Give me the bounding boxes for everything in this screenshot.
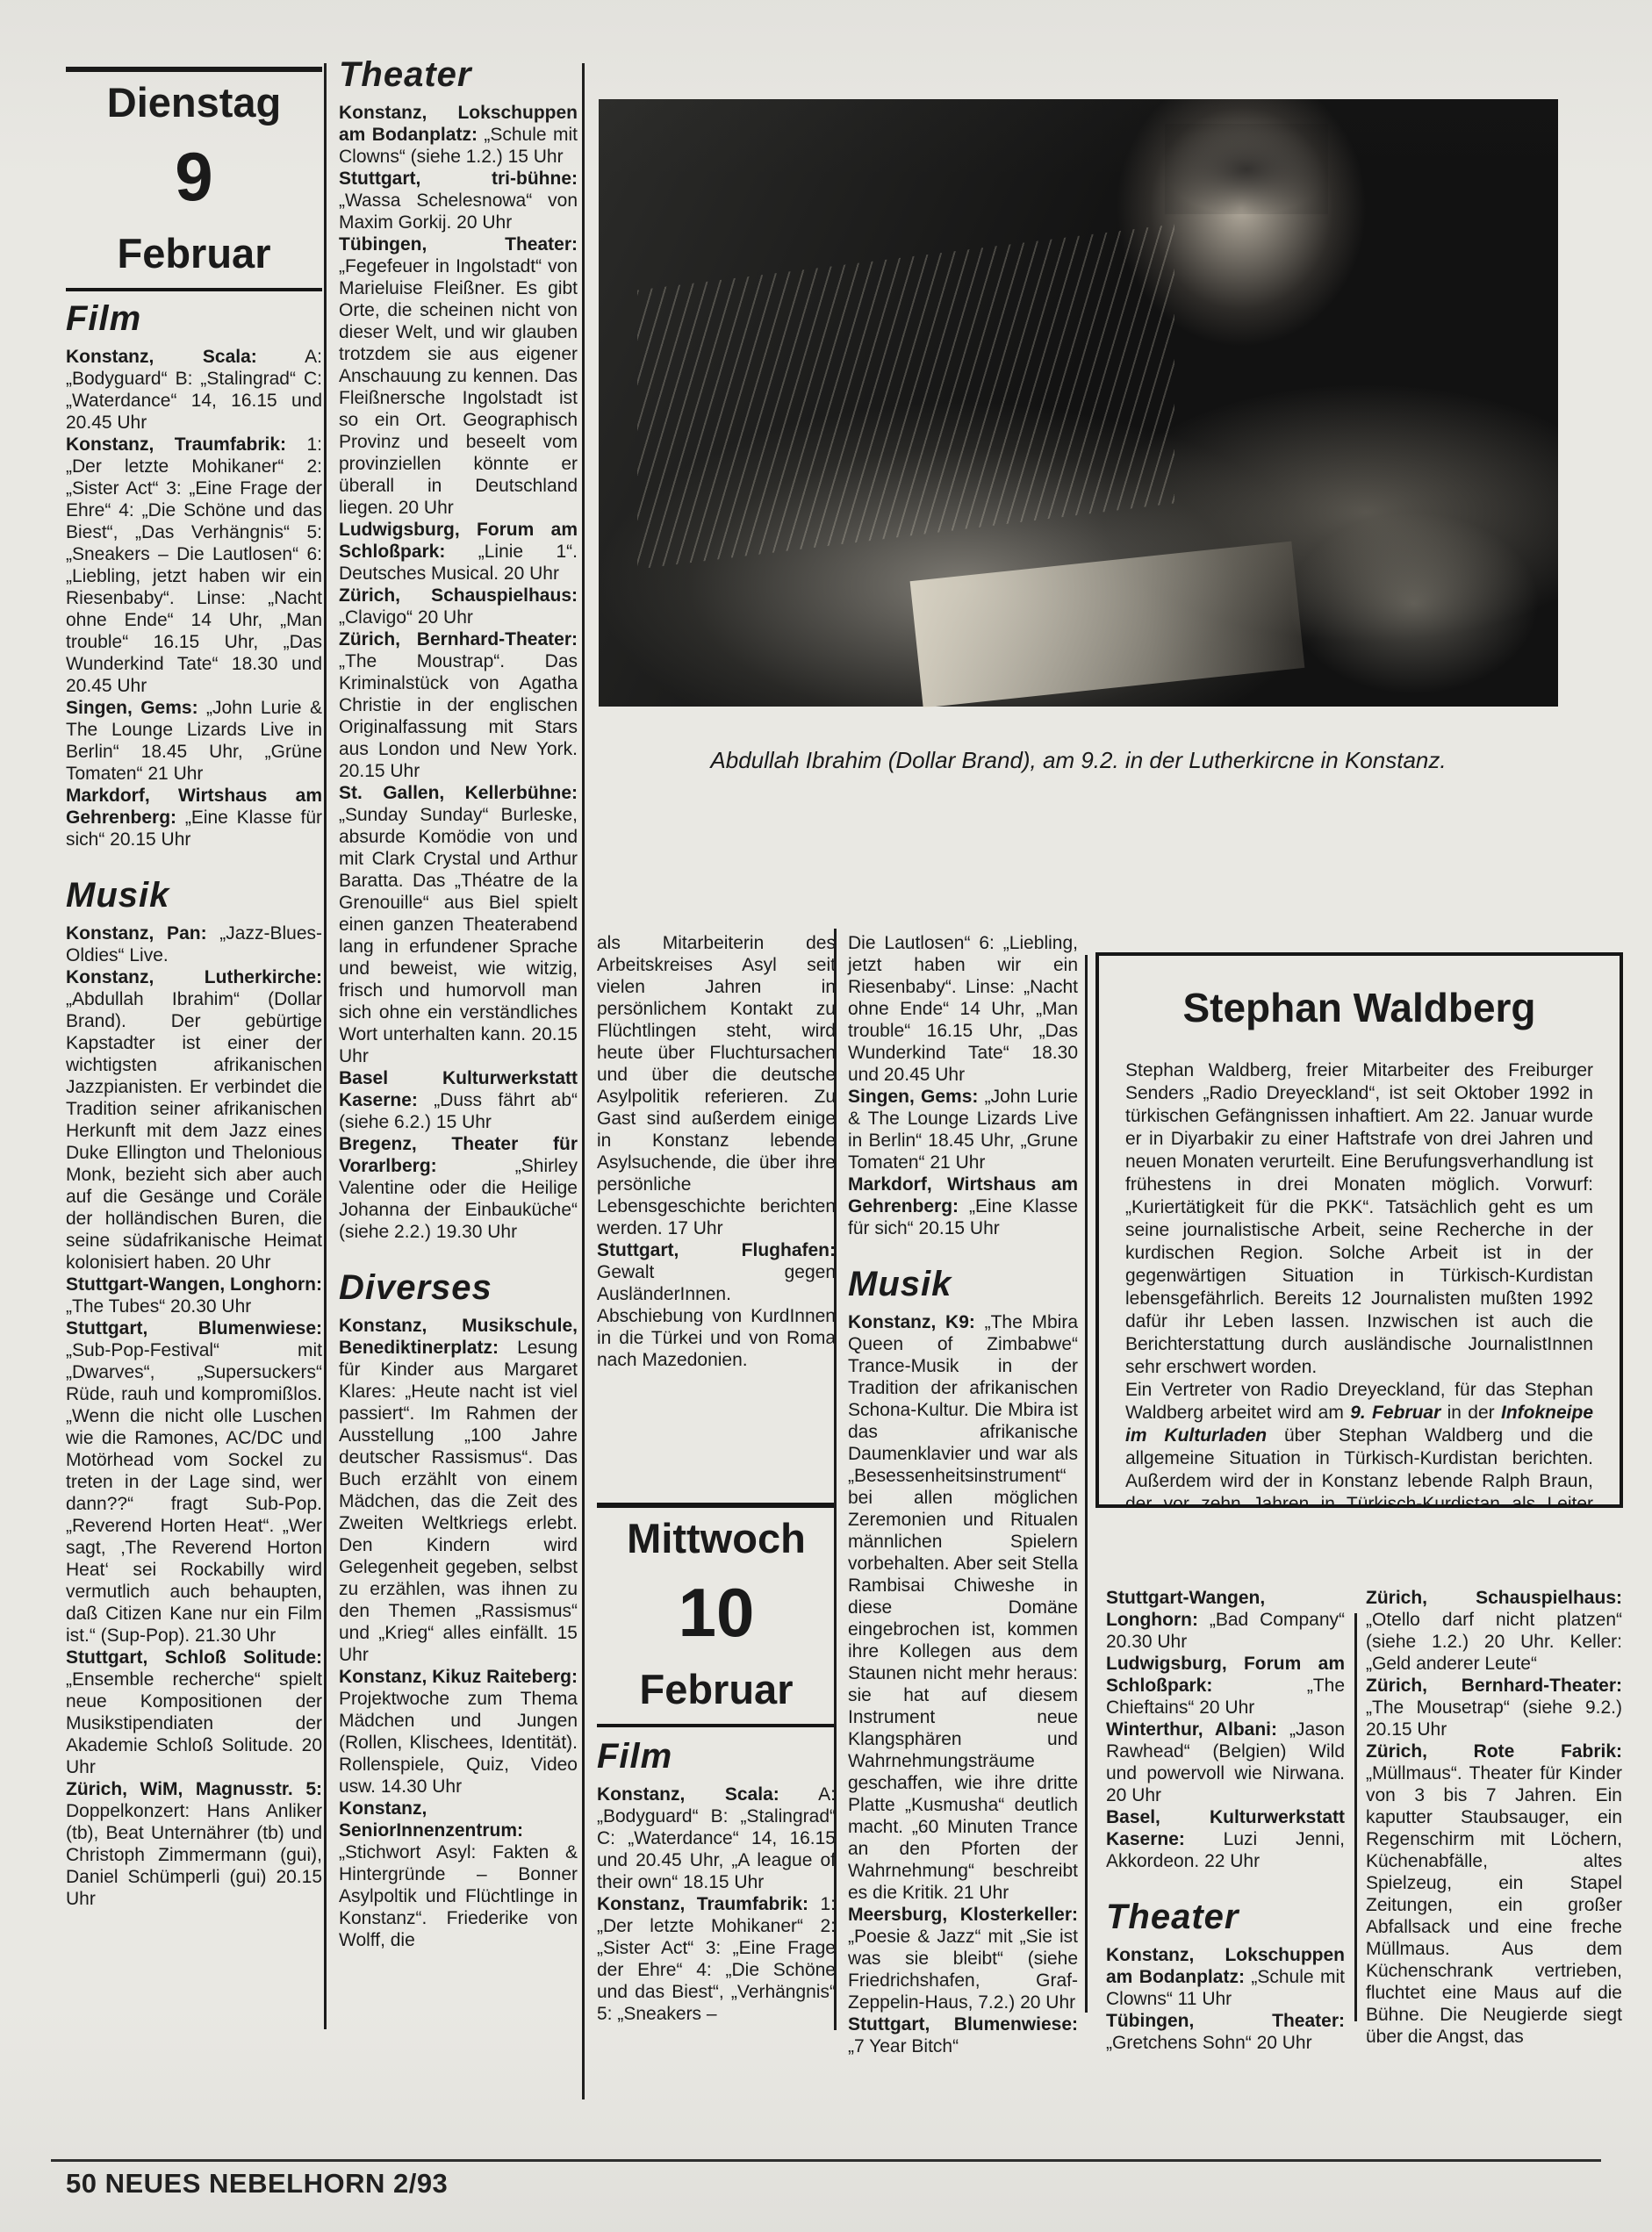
listing-entry: Stuttgart, Flughafen: Gewalt gegen Auslä… bbox=[597, 1239, 836, 1371]
listing-entry: Stuttgart, Schloß Solitude: „Ensemble re… bbox=[66, 1647, 322, 1778]
listing-entry: Zürich, WiM, Magnusstr. 5: Doppelkonzert… bbox=[66, 1778, 322, 1910]
performer-cap-shadow bbox=[1165, 124, 1328, 215]
section-heading: Theater bbox=[1106, 1897, 1345, 1937]
listing-entry: Konstanz, Traumfabrik: 1: „Der letzte Mo… bbox=[597, 1893, 836, 2025]
column-divider bbox=[324, 63, 327, 2029]
venue-lead: Konstanz, Lutherkirche: bbox=[66, 967, 322, 987]
listing-entry: Stuttgart, Blumenwiese: „7 Year Bitch“ bbox=[848, 2013, 1078, 2057]
venue-lead: Konstanz, Lokschuppen am Bodanplatz: bbox=[339, 103, 578, 145]
venue-lead: Winterthur, Albani: bbox=[1106, 1719, 1277, 1740]
month-label: Februar bbox=[66, 230, 322, 277]
column-divider bbox=[1354, 1613, 1357, 2021]
listing-entry: Zürich, Schauspielhaus: „Otello darf nic… bbox=[1366, 1587, 1622, 1675]
waldberg-paragraph: Ein Vertreter von Radio Dreyeckland, für… bbox=[1125, 1379, 1593, 1508]
listing-entry: als Mitarbeiterin des Arbeitskreises Asy… bbox=[597, 932, 836, 1239]
photo-caption: Abdullah Ibrahim (Dollar Brand), am 9.2.… bbox=[599, 747, 1558, 774]
venue-lead: Konstanz, Traumfabrik: bbox=[66, 434, 286, 455]
listing-entry: Meersburg, Klosterkeller: „Poesie & Jazz… bbox=[848, 1904, 1078, 2013]
listing-entry: Ludwigsburg, Forum am Schloßpark: „The C… bbox=[1106, 1653, 1345, 1719]
listing-entry: Konstanz, Lutherkirche: „Abdullah Ibrahi… bbox=[66, 966, 322, 1274]
listing-entry: Konstanz, Lokschuppen am Bodanplatz: „Sc… bbox=[1106, 1944, 1345, 2010]
venue-lead: Konstanz, Scala: bbox=[66, 347, 257, 367]
listing-entry: Stuttgart, tri-bühne: „Wassa Schelesnowa… bbox=[339, 168, 578, 233]
footer-rule bbox=[51, 2159, 1601, 2162]
listing-entry: Markdorf, Wirtshaus am Gehrenberg: „Eine… bbox=[848, 1173, 1078, 1239]
venue-lead: Basel, Kulturwerkstatt Kaserne: bbox=[1106, 1807, 1345, 1849]
venue-lead: Zürich, Rote Fabrik: bbox=[1366, 1741, 1622, 1762]
venue-lead: Singen, Gems: bbox=[66, 698, 198, 718]
month-label: Februar bbox=[597, 1666, 836, 1713]
listing-entry: Winterthur, Albani: „Jason Rawhead“ (Bel… bbox=[1106, 1719, 1345, 1806]
listing-entry: Konstanz, Scala: A: „Bodyguard“ B: „Stal… bbox=[66, 346, 322, 434]
column-wednesday-musik: Die Lautlosen“ 6: „Liebling, jetzt haben… bbox=[848, 932, 1078, 2057]
day-number: 9 bbox=[66, 140, 322, 212]
piano-keys-highlight bbox=[909, 541, 1304, 707]
day-number: 10 bbox=[597, 1576, 836, 1648]
column-middle-top: als Mitarbeiterin des Arbeitskreises Asy… bbox=[597, 932, 836, 1371]
venue-lead: Basel Kulturwerkstatt Kaserne: bbox=[339, 1068, 578, 1110]
column-middle: als Mitarbeiterin des Arbeitskreises Asy… bbox=[597, 932, 836, 2025]
page-footer: 50 NEUES NEBELHORN 2/93 bbox=[66, 2168, 448, 2200]
listing-entry: Tübingen, Theater: „Fegefeuer in Ingolst… bbox=[339, 233, 578, 519]
venue-lead: Stuttgart-Wangen, Longhorn: bbox=[66, 1274, 322, 1295]
concert-photo bbox=[599, 99, 1558, 707]
venue-lead: Tübingen, Theater: bbox=[339, 234, 578, 255]
listing-entry: Basel Kulturwerkstatt Kaserne: „Duss fäh… bbox=[339, 1067, 578, 1133]
listing-entry: Basel, Kulturwerkstatt Kaserne: Luzi Jen… bbox=[1106, 1806, 1345, 1872]
venue-lead: Zürich, WiM, Magnusstr. 5: bbox=[66, 1779, 322, 1799]
weekday-label: Dienstag bbox=[66, 79, 322, 126]
waldberg-title: Stephan Waldberg bbox=[1125, 984, 1593, 1031]
piano-strings-highlight bbox=[637, 224, 1174, 569]
listing-entry: Konstanz, K9: „The Mbira Queen of Zimbab… bbox=[848, 1311, 1078, 1904]
section-heading: Theater bbox=[339, 54, 578, 95]
venue-lead: Ludwigsburg, Forum am Schloßpark: bbox=[339, 520, 578, 562]
venue-lead: Konstanz, Pan: bbox=[66, 923, 207, 944]
listing-entry: Die Lautlosen“ 6: „Liebling, jetzt haben… bbox=[848, 932, 1078, 1086]
venue-lead: Meersburg, Klosterkeller: bbox=[848, 1905, 1078, 1925]
venue-lead: Bregenz, Theater für Vorarlberg: bbox=[339, 1134, 578, 1176]
venue-lead: Konstanz, K9: bbox=[848, 1312, 975, 1332]
venue-lead: Stuttgart, tri-bühne: bbox=[339, 169, 578, 189]
venue-lead: Konstanz, Musikschule, Benediktinerplatz… bbox=[339, 1316, 578, 1358]
weekday-label: Mittwoch bbox=[597, 1515, 836, 1562]
venue-lead: Konstanz, Traumfabrik: bbox=[597, 1894, 808, 1914]
listing-entry: St. Gallen, Kellerbühne: „Sunday Sunday“… bbox=[339, 782, 578, 1067]
venue-lead: Stuttgart, Blumenwiese: bbox=[848, 2014, 1078, 2035]
column-wednesday-continued: Stuttgart-Wangen, Longhorn: „Bad Company… bbox=[1106, 1587, 1345, 2054]
section-heading: Diverses bbox=[339, 1267, 578, 1308]
listing-entry: Singen, Gems: „John Lurie & The Lounge L… bbox=[848, 1086, 1078, 1173]
column-wednesday-theater: Zürich, Schauspielhaus: „Otello darf nic… bbox=[1366, 1587, 1622, 2048]
venue-lead: Singen, Gems: bbox=[848, 1087, 978, 1107]
listing-entry: Konstanz, Pan: „Jazz-Blues-Oldies“ Live. bbox=[66, 922, 322, 966]
venue-lead: Ludwigsburg, Forum am Schloßpark: bbox=[1106, 1654, 1345, 1696]
section-heading: Film bbox=[597, 1736, 836, 1776]
listing-entry: Konstanz, Traumfabrik: 1: „Der letzte Mo… bbox=[66, 434, 322, 697]
listing-entry: Stuttgart-Wangen, Longhorn: „The Tubes“ … bbox=[66, 1274, 322, 1317]
venue-lead: Konstanz, Kikuz Raiteberg: bbox=[339, 1667, 578, 1687]
column-middle-film: FilmKonstanz, Scala: A: „Bodyguard“ B: „… bbox=[597, 1736, 836, 2025]
column-divider bbox=[834, 929, 837, 2030]
column-tuesday: Dienstag 9 Februar FilmKonstanz, Scala: … bbox=[66, 67, 322, 1910]
listing-entry: Konstanz, Lokschuppen am Bodanplatz: „Sc… bbox=[339, 102, 578, 168]
venue-lead: Stuttgart, Blumenwiese: bbox=[66, 1318, 322, 1338]
listing-entry: Stuttgart, Blumenwiese: „Sub-Pop-Festiva… bbox=[66, 1317, 322, 1647]
venue-lead: Zürich, Bernhard-Theater: bbox=[339, 629, 578, 650]
section-heading: Musik bbox=[848, 1264, 1078, 1304]
waldberg-paragraph: Stephan Waldberg, freier Mitarbeiter des… bbox=[1125, 1059, 1593, 1379]
emphasized-text: 9. Februar bbox=[1350, 1403, 1440, 1423]
venue-lead: Konstanz, SeniorInnenzentrum: bbox=[339, 1798, 523, 1841]
listing-entry: Zürich, Rote Fabrik: „Müllmaus“. Theater… bbox=[1366, 1740, 1622, 2048]
day-header-wednesday: Mittwoch 10 Februar bbox=[597, 1503, 836, 1727]
listing-entry: Tübingen, Theater: „Gretchens Sohn“ 20 U… bbox=[1106, 2010, 1345, 2054]
venue-lead: Stuttgart, Flughafen: bbox=[597, 1240, 836, 1260]
listing-entry: Singen, Gems: „John Lurie & The Lounge L… bbox=[66, 697, 322, 785]
venue-lead: Zürich, Schauspielhaus: bbox=[1366, 1588, 1622, 1608]
listing-entry: Zürich, Bernhard-Theater: „The Moustrap“… bbox=[339, 628, 578, 782]
column-tuesday-listings: FilmKonstanz, Scala: A: „Bodyguard“ B: „… bbox=[66, 298, 322, 1910]
column-theater-diverses: TheaterKonstanz, Lokschuppen am Bodanpla… bbox=[339, 54, 578, 1951]
venue-lead: Markdorf, Wirtshaus am Gehrenberg: bbox=[66, 786, 322, 828]
venue-lead: Stuttgart-Wangen, Longhorn: bbox=[1106, 1588, 1265, 1630]
waldberg-box: Stephan Waldberg Stephan Waldberg, freie… bbox=[1095, 952, 1623, 1508]
listing-entry: Zürich, Bernhard-Theater: „The Mousetrap… bbox=[1366, 1675, 1622, 1740]
listing-entry: Konstanz, Musikschule, Benediktinerplatz… bbox=[339, 1315, 578, 1666]
venue-lead: Zürich, Bernhard-Theater: bbox=[1366, 1676, 1622, 1696]
listing-entry: Stuttgart-Wangen, Longhorn: „Bad Company… bbox=[1106, 1587, 1345, 1653]
column-divider bbox=[1085, 955, 1088, 2013]
venue-lead: Zürich, Schauspielhaus: bbox=[339, 585, 578, 606]
venue-lead: Tübingen, Theater: bbox=[1106, 2011, 1345, 2031]
section-heading: Musik bbox=[66, 875, 322, 915]
column-divider bbox=[582, 63, 585, 2099]
section-heading: Film bbox=[66, 298, 322, 339]
venue-lead: St. Gallen, Kellerbühne: bbox=[339, 783, 578, 803]
day-header-tuesday: Dienstag 9 Februar bbox=[66, 67, 322, 291]
venue-lead: Stuttgart, Schloß Solitude: bbox=[66, 1647, 322, 1668]
listing-entry: Bregenz, Theater für Vorarlberg: „Shirle… bbox=[339, 1133, 578, 1243]
listing-entry: Konstanz, SeniorInnenzentrum: „Stichwort… bbox=[339, 1798, 578, 1951]
venue-lead: Konstanz, Lokschuppen am Bodanplatz: bbox=[1106, 1945, 1345, 1987]
body-text: in der bbox=[1440, 1403, 1501, 1423]
listing-entry: Ludwigsburg, Forum am Schloßpark: „Linie… bbox=[339, 519, 578, 585]
newspaper-page: Dienstag 9 Februar FilmKonstanz, Scala: … bbox=[0, 0, 1652, 2232]
listing-entry: Konstanz, Scala: A: „Bodyguard“ B: „Stal… bbox=[597, 1783, 836, 1893]
venue-lead: Markdorf, Wirtshaus am Gehrenberg: bbox=[848, 1174, 1078, 1216]
stage-light-glow bbox=[1289, 513, 1539, 695]
listing-entry: Markdorf, Wirtshaus am Gehrenberg: „Eine… bbox=[66, 785, 322, 850]
venue-lead: Konstanz, Scala: bbox=[597, 1784, 779, 1805]
listing-entry: Zürich, Schauspielhaus: „Clavigo“ 20 Uhr bbox=[339, 585, 578, 628]
listing-entry: Konstanz, Kikuz Raiteberg: Projektwoche … bbox=[339, 1666, 578, 1798]
